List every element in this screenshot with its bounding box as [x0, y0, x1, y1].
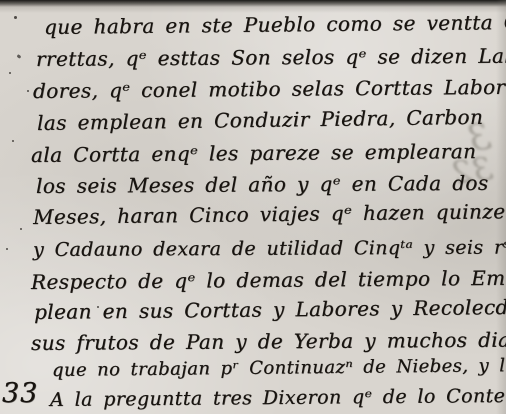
manuscript-line: sus frutos de Pan y de Yerba y muchos di…	[31, 328, 506, 355]
ink-speckle	[97, 306, 99, 308]
manuscript-line: plean en sus Corttas y Labores y Recolec…	[34, 295, 506, 324]
ink-speckle	[6, 248, 8, 250]
manuscript-line: dores, qᵉ conel motibo selas Corttas Lab…	[33, 75, 506, 103]
ink-speckle	[27, 90, 29, 92]
ink-speckle	[12, 140, 14, 142]
manuscript-line: las emplean en Conduzir Piedra, Carbon	[37, 105, 483, 135]
manuscript-line: ala Cortta enqᵉ les pareze se emplearan	[31, 139, 477, 167]
manuscript-line: y Cadauno dexara de utilidad Cinqᵗᵃ y se…	[33, 235, 506, 262]
manuscript-line: los seis Meses del año y qᵉ en Cada dos	[36, 171, 489, 198]
margin-number: 33	[2, 378, 38, 409]
manuscript-line: Meses, haran Cinco viajes qᵉ hazen quinz…	[33, 199, 506, 229]
manuscript-page: 3 32 que habra en ste Pueblo como se ven…	[0, 0, 506, 414]
ink-speckle	[20, 228, 22, 230]
manuscript-line: A la preguntta tres Dixeron qᵉ de lo Con…	[50, 384, 506, 412]
manuscript-line: que no trabajan pʳ Continuazⁿ de Niebes,…	[52, 354, 506, 383]
manuscript-line: Respecto de qᵉ lo demas del tiempo lo Em	[31, 266, 506, 294]
ink-speckle	[17, 54, 22, 59]
manuscript-line: rrettas, qᵉ esttas Son selos qᵉ se dizen…	[36, 43, 506, 71]
manuscript-line: que habra en ste Pueblo como se ventta C…	[44, 10, 506, 39]
ink-speckle	[14, 16, 17, 19]
ink-speckle	[9, 72, 11, 74]
